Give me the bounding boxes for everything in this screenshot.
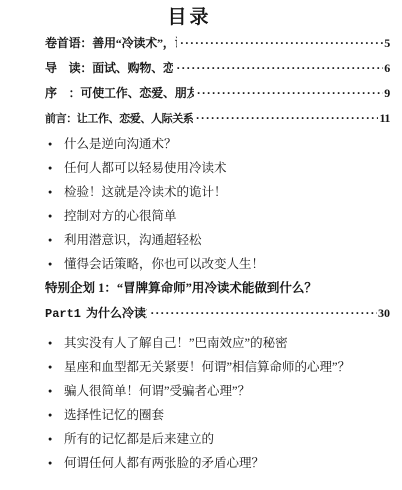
toc-entry-label: 前言：让工作、恋爱、人际关系随心所欲的《冷读术》，到底是什么？ xyxy=(45,112,193,127)
dot-leader: ········································… xyxy=(197,86,384,101)
page-title: 目录 xyxy=(17,6,362,30)
page-number: 5 xyxy=(384,36,390,51)
toc-entry: ●利用潜意识，沟通超轻松 xyxy=(45,233,390,248)
bullet-icon: ● xyxy=(45,432,64,447)
toc-entry: 导 读：面试、购物、恋爱：读你千遍也不厌倦···················… xyxy=(45,61,390,76)
toc-entry: 卷首语：善用“冷读术”，让你人际关系随心所欲！·················… xyxy=(45,36,390,51)
toc-entry-label: 卷首语：善用“冷读术”，让你人际关系随心所欲！ xyxy=(45,36,177,51)
toc-entry: ●任何人都可以轻易使用冷读术 xyxy=(45,161,390,176)
toc-entry-label: 序 ：可使工作、恋爱、朋友、家庭关系顺利进行的禁忌技巧 xyxy=(45,86,194,101)
page-number: 30 xyxy=(378,306,390,321)
dot-leader: ········································… xyxy=(150,306,377,321)
page-number: 9 xyxy=(384,86,390,101)
bullet-icon: ● xyxy=(45,185,64,200)
dot-leader: ········································… xyxy=(176,61,383,76)
bullet-icon: ● xyxy=(45,456,64,471)
toc-entry-label: 星座和血型都无关紧要！何谓”相信算命师的心理”？ xyxy=(64,360,350,375)
toc-entry-label: 特别企划 1：“冒牌算命师”用冷读术能做到什么？ xyxy=(45,281,317,296)
toc-entry: ●懂得会话策略，你也可以改变人生！ xyxy=(45,257,390,272)
bullet-icon: ● xyxy=(45,336,64,351)
toc-entry: 序 ：可使工作、恋爱、朋友、家庭关系顺利进行的禁忌技巧·············… xyxy=(45,86,390,101)
toc-entry: ●所有的记忆都是后来建立的 xyxy=(45,432,390,447)
toc-entry-label: 懂得会话策略，你也可以改变人生！ xyxy=(64,257,264,272)
toc-entry-label: 检验！这就是冷读术的诡计！ xyxy=(64,185,227,200)
toc-entry: ●检验！这就是冷读术的诡计！ xyxy=(45,185,390,200)
dot-leader: ········································… xyxy=(196,111,379,126)
toc-entry-label: 何谓任何人都有两张脸的矛盾心理？ xyxy=(64,456,264,471)
toc-entry: ●星座和血型都无关紧要！何谓”相信算命师的心理”？ xyxy=(45,360,390,375)
bullet-icon: ● xyxy=(45,384,64,399)
toc-entry: 前言：让工作、恋爱、人际关系随心所欲的《冷读术》，到底是什么？·········… xyxy=(45,111,390,127)
bullet-icon: ● xyxy=(45,161,64,176)
toc-entry-label: 利用潜意识，沟通超轻松 xyxy=(64,233,202,248)
toc-entry: 特别企划 1：“冒牌算命师”用冷读术能做到什么？ xyxy=(45,281,390,296)
toc-entry: ●何谓任何人都有两张脸的矛盾心理？ xyxy=(45,456,390,471)
toc-entry-label: 选择性记忆的圈套 xyxy=(64,408,164,423)
toc-list: 卷首语：善用“冷读术”，让你人际关系随心所欲！·················… xyxy=(45,36,390,471)
bullet-icon: ● xyxy=(45,360,64,375)
toc-entry: ●什么是逆向沟通术？ xyxy=(45,137,390,152)
toc-page: 目录 卷首语：善用“冷读术”，让你人际关系随心所欲！··············… xyxy=(0,0,402,490)
page-number: 11 xyxy=(379,111,390,126)
bullet-icon: ● xyxy=(45,137,64,152)
toc-entry-label: 什么是逆向沟通术？ xyxy=(64,137,177,152)
toc-entry-label: 导 读：面试、购物、恋爱：读你千遍也不厌倦 xyxy=(45,61,173,76)
toc-entry-label: 骗人很简单！何谓”受骗者心理”？ xyxy=(64,384,250,399)
toc-entry-label: 任何人都可以轻易使用冷读术 xyxy=(64,161,227,176)
toc-entry-label: 其实没有人了解自己！”巴南效应”的秘密 xyxy=(64,336,288,351)
toc-entry: ●控制对方的心很简单 xyxy=(45,209,390,224)
toc-entry-label: 为什么冷读术有效？ xyxy=(86,306,147,321)
page-number: 6 xyxy=(384,61,390,76)
toc-entry: Part1为什么冷读术有效？··························… xyxy=(45,306,390,322)
bullet-icon: ● xyxy=(45,233,64,248)
toc-entry: ●选择性记忆的圈套 xyxy=(45,408,390,423)
toc-entry: ●骗人很简单！何谓”受骗者心理”？ xyxy=(45,384,390,399)
bullet-icon: ● xyxy=(45,209,64,224)
bullet-icon: ● xyxy=(45,408,64,423)
toc-entry-label: 控制对方的心很简单 xyxy=(64,209,177,224)
dot-leader: ········································… xyxy=(180,36,383,51)
part-prefix: Part1 xyxy=(45,307,81,322)
toc-entry: ●其实没有人了解自己！”巴南效应”的秘密 xyxy=(45,336,390,351)
bullet-icon: ● xyxy=(45,257,64,272)
toc-entry-label: 所有的记忆都是后来建立的 xyxy=(64,432,214,447)
